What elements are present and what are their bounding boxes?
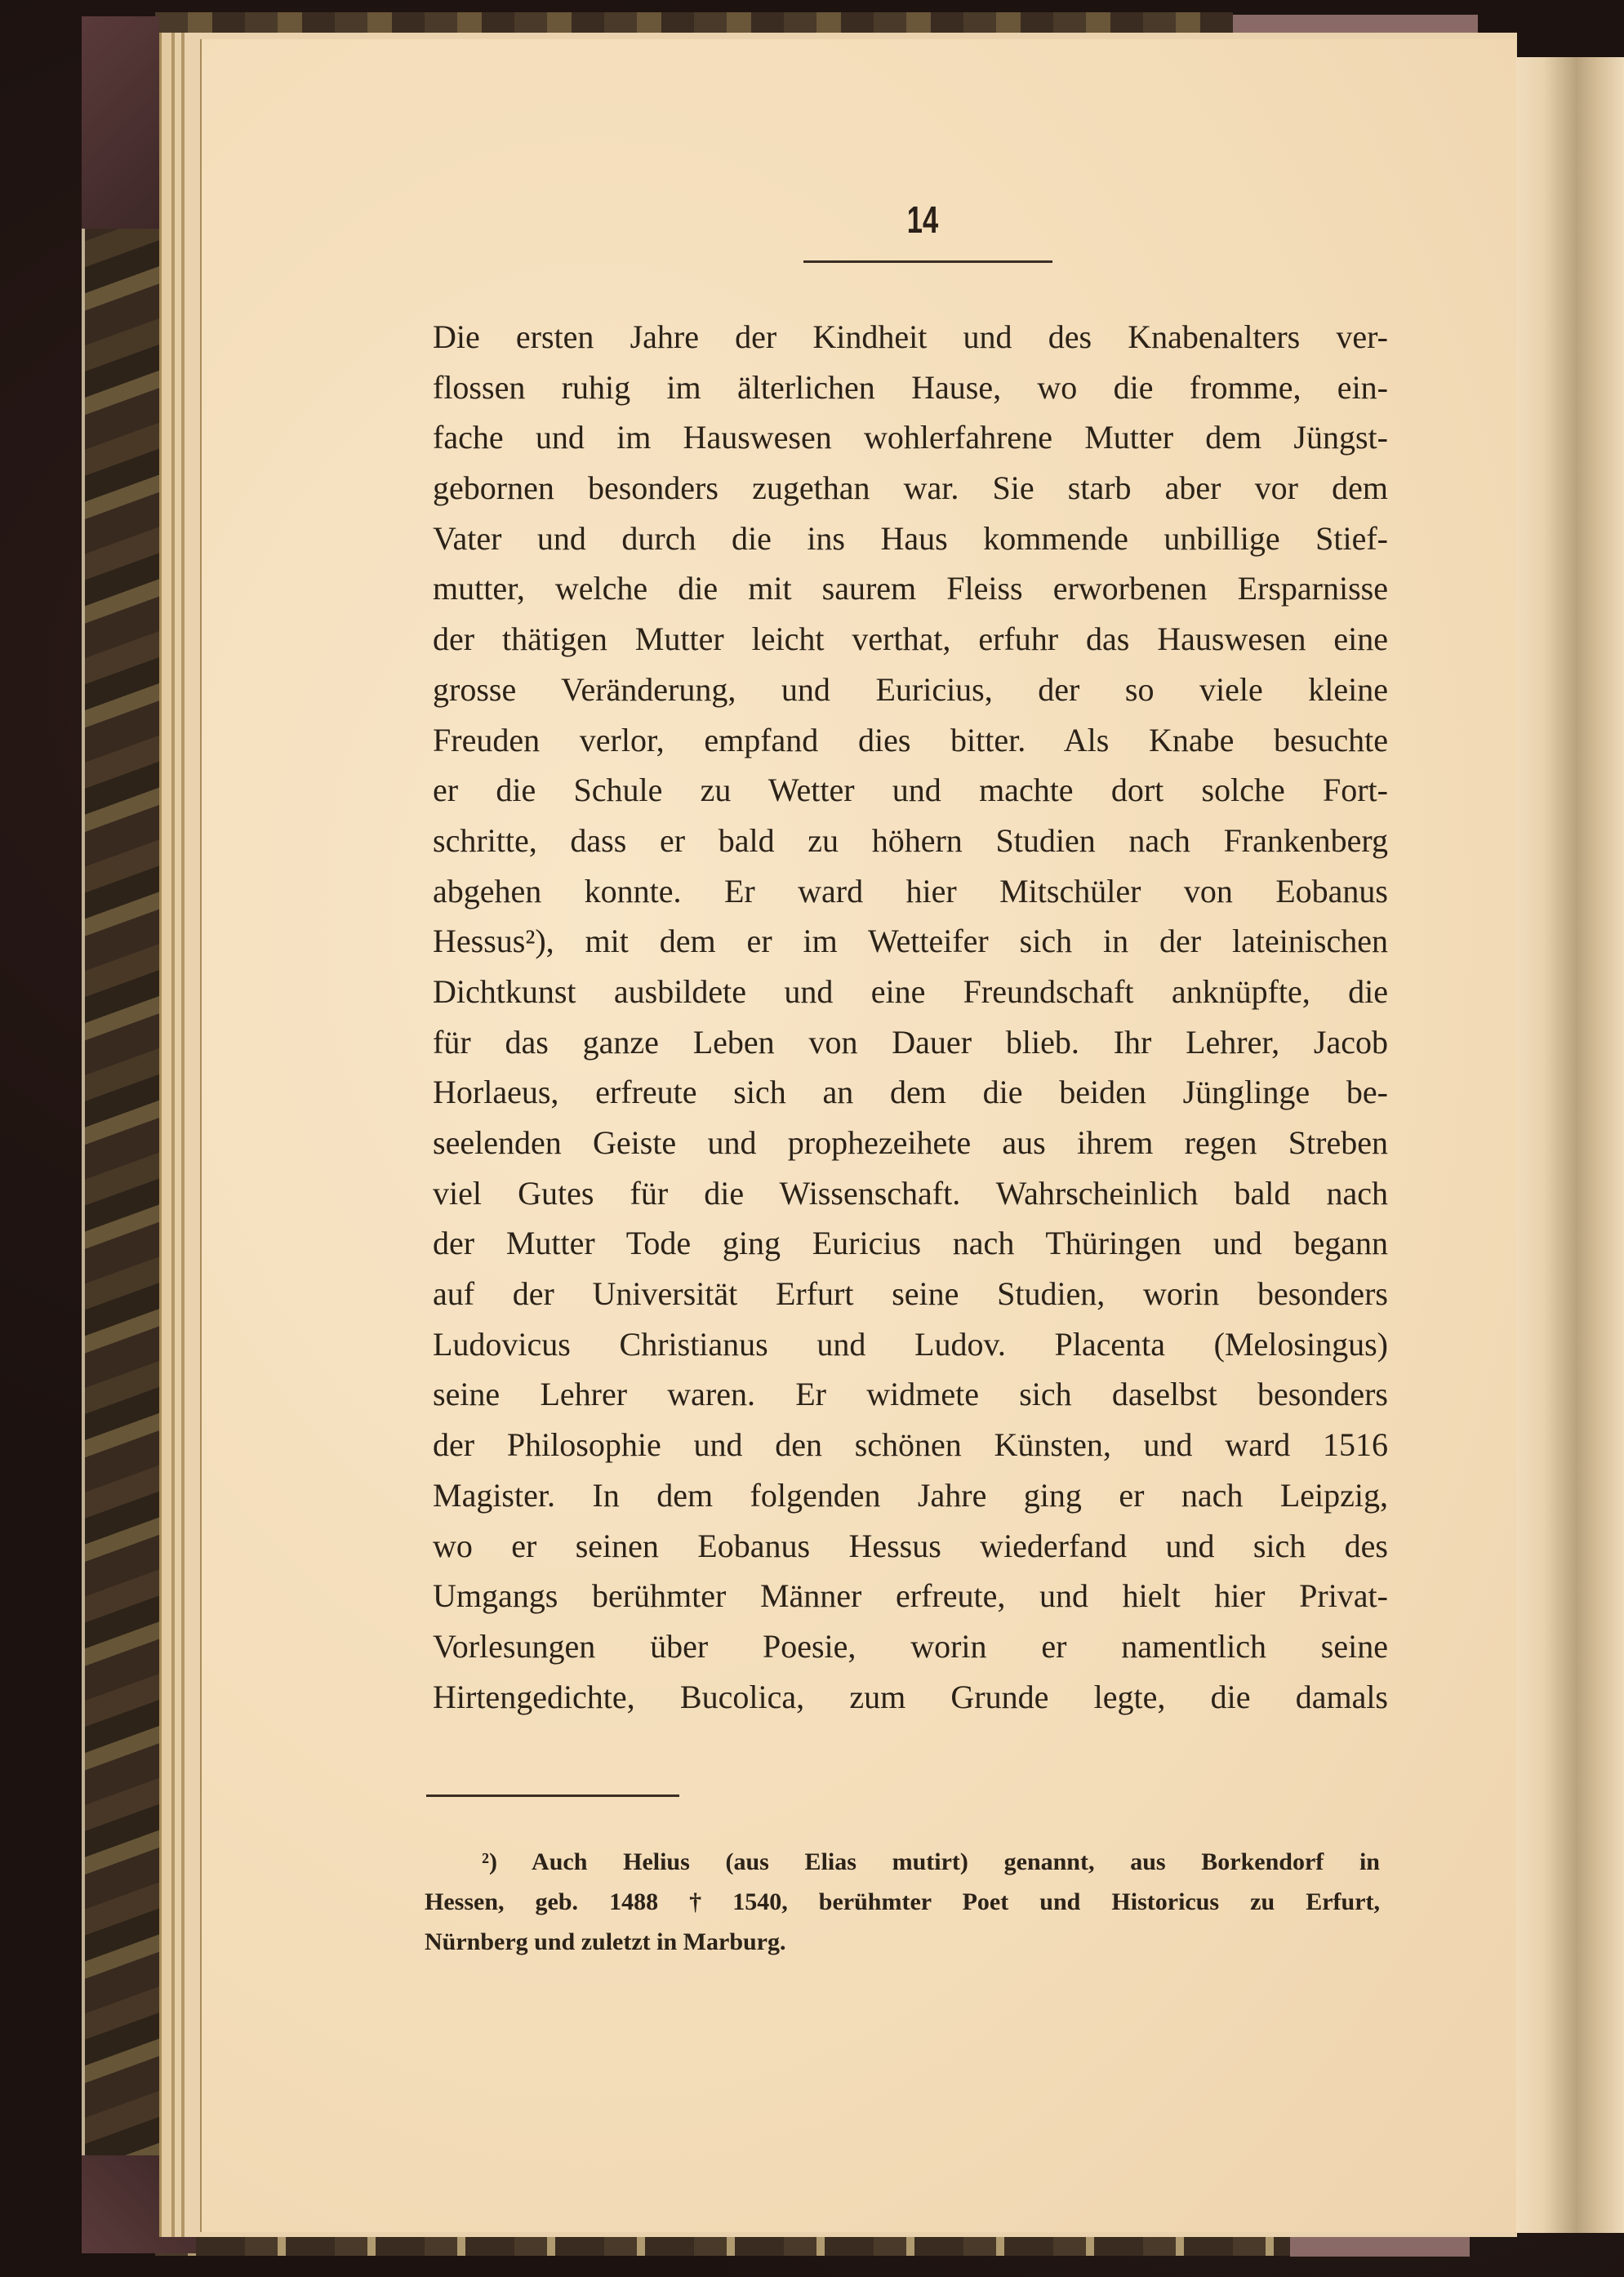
page-number: 14 — [898, 198, 947, 242]
text-line: mutter, welche die mit saurem Fleiss erw… — [433, 563, 1388, 614]
text-line: auf der Universität Erfurt seine Studien… — [433, 1269, 1388, 1319]
text-line: für das ganze Leben von Dauer blieb. Ihr… — [433, 1017, 1388, 1068]
body-text: Die ersten Jahre der Kindheit und des Kn… — [433, 312, 1388, 1722]
footnote-line: Nürnberg und zuletzt in Marburg. — [425, 1922, 1380, 1962]
book-footcap — [1290, 2235, 1470, 2257]
text-line: Horlaeus, erfreute sich an dem die beide… — [433, 1067, 1388, 1118]
facing-page-edge — [1515, 57, 1624, 2233]
text-line: der Mutter Tode ging Euricius nach Thüri… — [433, 1218, 1388, 1269]
leather-corner-top — [82, 16, 159, 229]
footnote-text: Auch Helius (aus Elias mutirt) genannt, … — [532, 1848, 1380, 1875]
text-line: abgehen konnte. Er ward hier Mitschüler … — [433, 866, 1388, 917]
footnote: ²) Auch Helius (aus Elias mutirt) genann… — [425, 1842, 1380, 1962]
header-rule — [803, 260, 1052, 263]
text-line: viel Gutes für die Wissenschaft. Wahrsch… — [433, 1168, 1388, 1219]
text-line: Freuden verlor, empfand dies bitter. Als… — [433, 715, 1388, 766]
text-line: wo er seinen Eobanus Hessus wiederfand u… — [433, 1521, 1388, 1572]
text-line: grosse Veränderung, und Euricius, der so… — [433, 665, 1388, 715]
footnote-line: Hessen, geb. 1488 † 1540, berühmter Poet… — [425, 1882, 1380, 1922]
text-line: Hirtengedichte, Bucolica, zum Grunde leg… — [433, 1672, 1388, 1723]
text-line: fache und im Hauswesen wohlerfahrene Mut… — [433, 412, 1388, 463]
text-line: Ludovicus Christianus und Ludov. Placent… — [433, 1319, 1388, 1370]
footnote-rule — [426, 1794, 679, 1797]
footnote-line: ²) Auch Helius (aus Elias mutirt) genann… — [425, 1842, 1380, 1882]
text-line: seine Lehrer waren. Er widmete sich dase… — [433, 1369, 1388, 1420]
text-line: seelenden Geiste und prophezeihete aus i… — [433, 1118, 1388, 1168]
text-line: Magister. In dem folgenden Jahre ging er… — [433, 1470, 1388, 1521]
text-line: Hessus²), mit dem er im Wetteifer sich i… — [433, 916, 1388, 967]
text-line: schritte, dass er bald zu höhern Studien… — [433, 816, 1388, 866]
text-line: Die ersten Jahre der Kindheit und des Kn… — [433, 312, 1388, 362]
footnote-marker: ²) — [482, 1848, 497, 1875]
text-line: der Philosophie und den schönen Künsten,… — [433, 1420, 1388, 1470]
text-line: Umgangs berühmter Männer erfreute, und h… — [433, 1571, 1388, 1621]
text-line: Vorlesungen über Poesie, worin er nament… — [433, 1621, 1388, 1672]
text-line: gebornen besonders zugethan war. Sie sta… — [433, 463, 1388, 514]
text-line: flossen ruhig im älterlichen Hause, wo d… — [433, 362, 1388, 413]
text-line: er die Schule zu Wetter und machte dort … — [433, 765, 1388, 816]
text-line: Dichtkunst ausbildete und eine Freundsch… — [433, 967, 1388, 1017]
text-line: der thätigen Mutter leicht verthat, erfu… — [433, 614, 1388, 665]
text-line: Vater und durch die ins Haus kommende un… — [433, 514, 1388, 564]
marbled-board-edge — [82, 33, 162, 2245]
